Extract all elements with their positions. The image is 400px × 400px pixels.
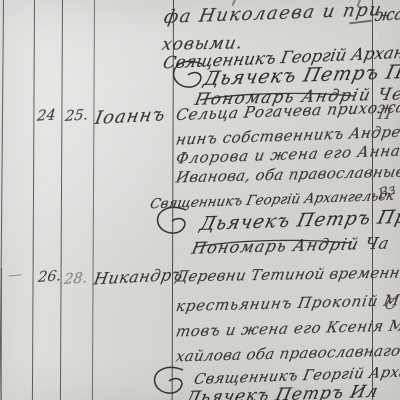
margin-check-dash: — — [7, 267, 22, 282]
child-name: Іоаннъ — [93, 106, 167, 128]
top-record-text-continuation: жа — [374, 6, 400, 25]
signature-flourish-icon — [149, 366, 189, 400]
record-body-continuation: П — [376, 107, 392, 122]
record-body-continuation: С — [383, 297, 398, 312]
child-name: Никандръ — [93, 267, 185, 288]
record-body-line: хайлова оба православнаго вѣ — [175, 343, 400, 365]
ponomar-signature: Пономарь Андрій Ча — [190, 235, 391, 256]
handwriting-layer: фа Николаева и при жа ховыми. Священникъ… — [0, 0, 400, 400]
metrical-book-scan-page: фа Николаева и при жа ховыми. Священникъ… — [0, 0, 400, 400]
deacon-signature: Дьячекъ Петръ Пре — [198, 208, 400, 234]
record-body-line: крестьянинъ Прокопій Ма — [175, 293, 400, 314]
signature-flourish-icon — [152, 206, 192, 240]
entry-day-number: 28. — [63, 271, 88, 287]
entry-number-male: 26. — [37, 269, 62, 285]
record-body-line: товъ и жена его Ксенія Ми — — [175, 318, 400, 340]
record-body-line: Иванова, оба православные, со — [175, 164, 400, 186]
entry-day-number: 25. — [64, 108, 89, 124]
record-body-line: Деревни Тетиной временнообяз — [175, 265, 400, 285]
entry-number-male: 24 — [36, 108, 56, 124]
